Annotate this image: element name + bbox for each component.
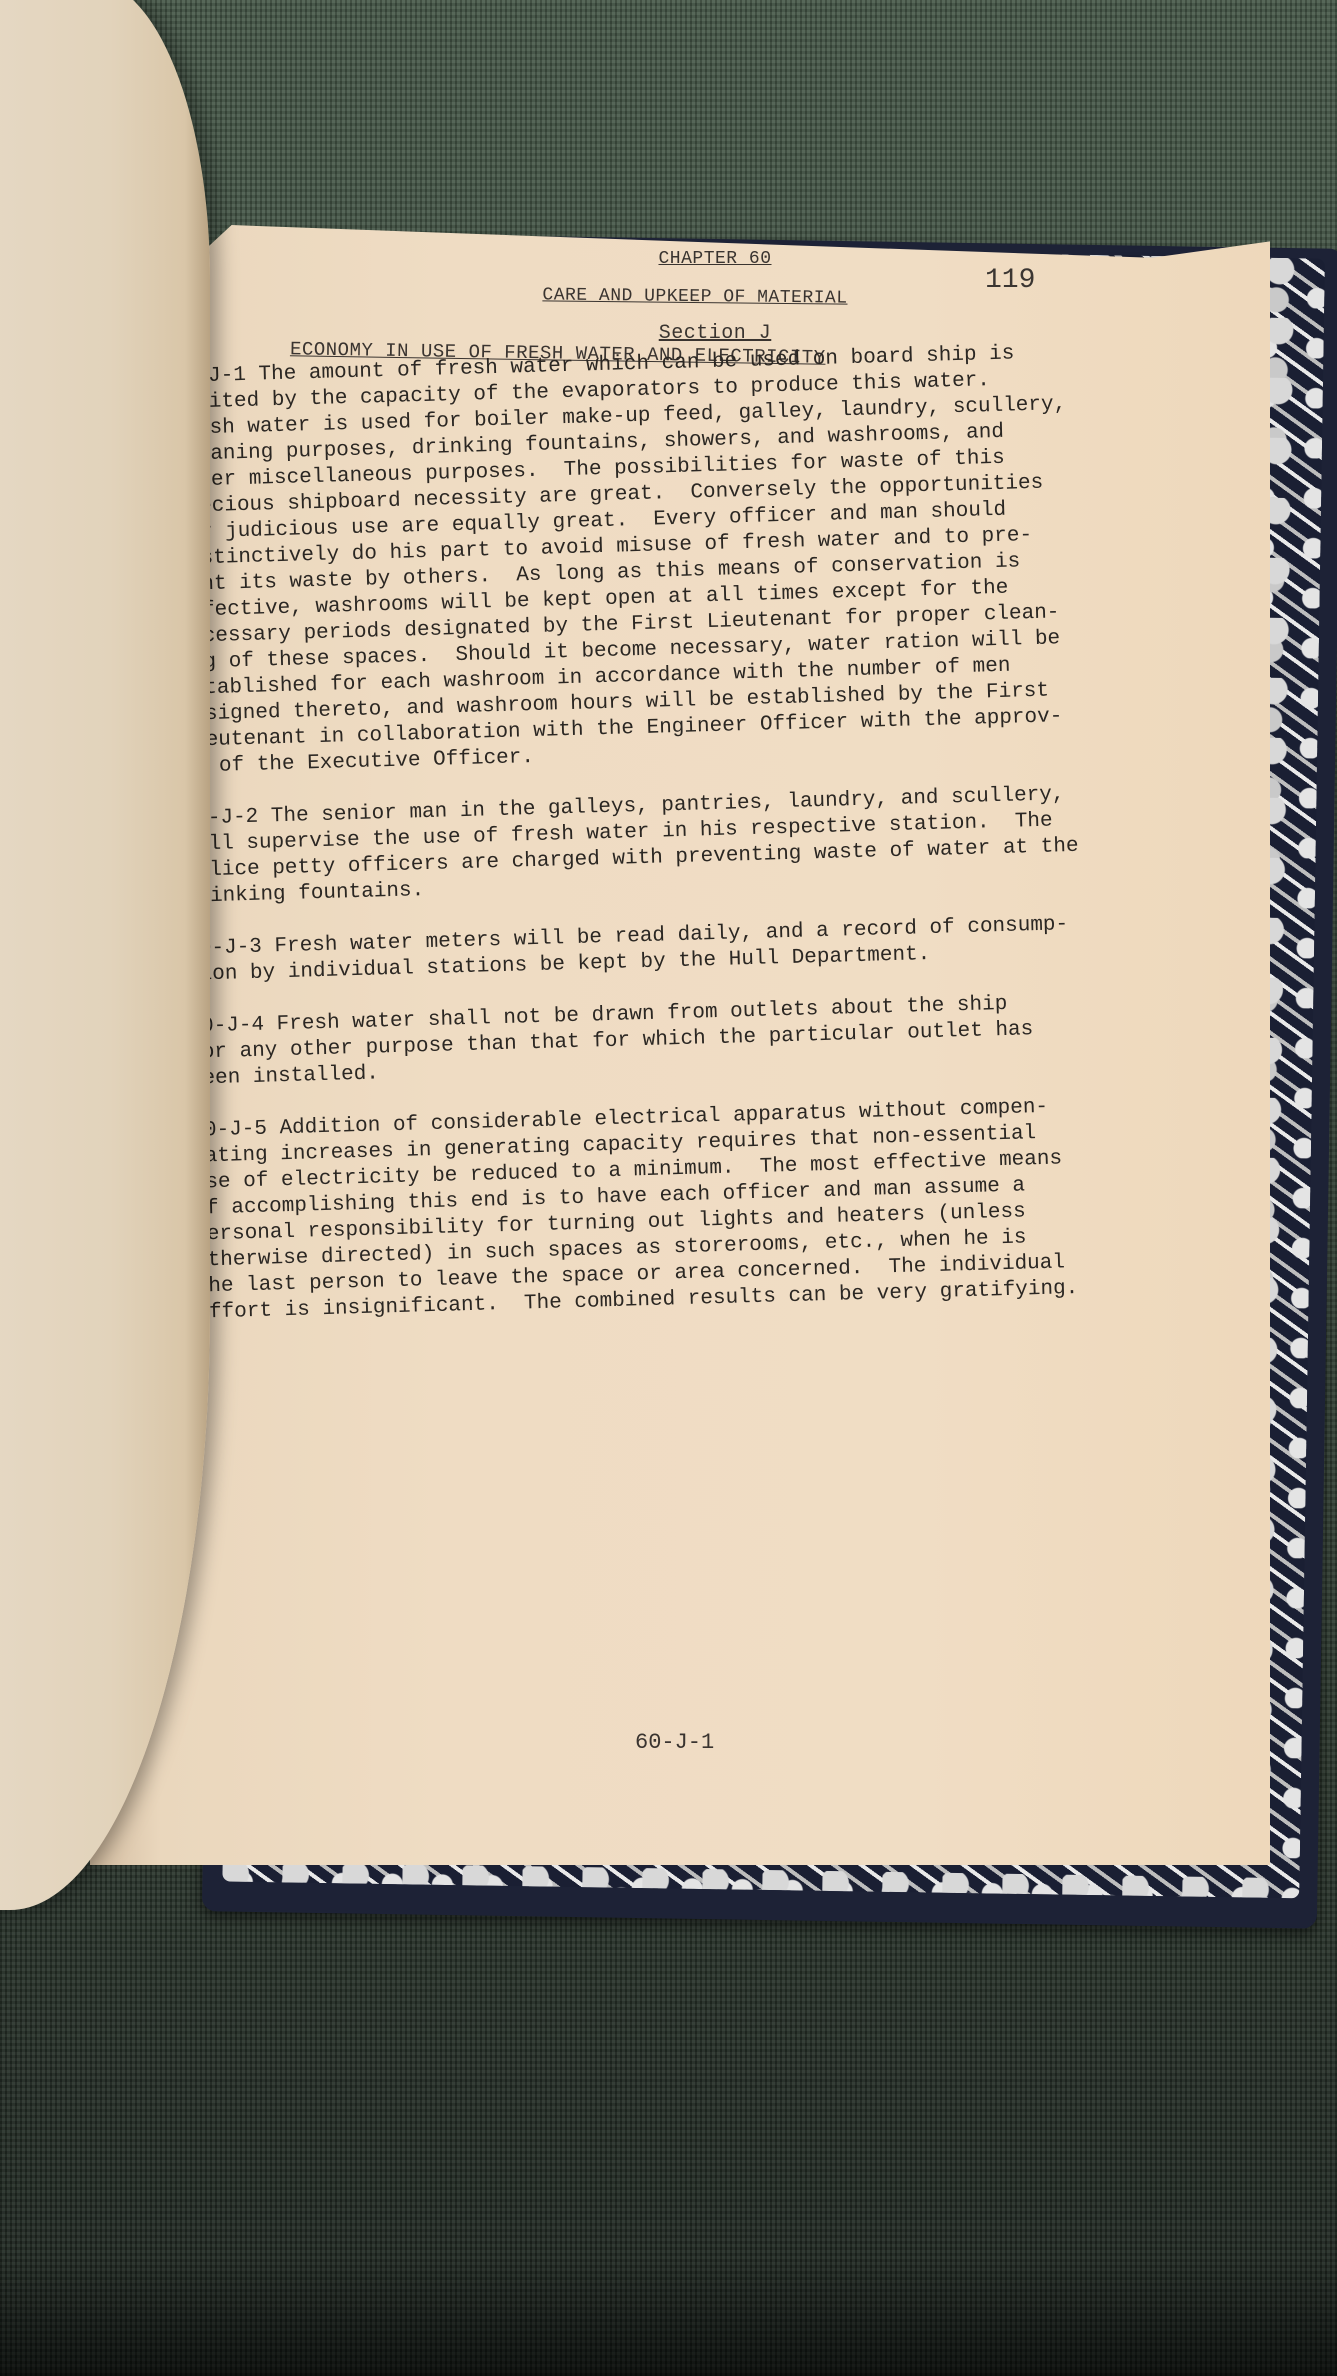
paragraph-60-j-4: 60-J-4 Fresh water shall not be drawn fr… <box>188 987 1190 1093</box>
footer-page-code: 60-J-1 <box>635 1730 714 1755</box>
paragraph-60-j-2: 60-J-2 The senior man in the galleys, pa… <box>182 779 1185 911</box>
paragraph-60-j-3: 60-J-3 Fresh water meters will be read d… <box>186 909 1187 989</box>
page-number: 119 <box>985 265 1035 296</box>
paragraph-60-j-1: 60-J-1 The amount of fresh water which c… <box>170 337 1181 781</box>
chapter-title: CARE AND UPKEEP OF MATERIAL <box>170 282 1220 313</box>
body-text: 60-J-1 The amount of fresh water which c… <box>170 337 1197 1353</box>
page-content: CHAPTER 60 CARE AND UPKEEP OF MATERIAL S… <box>170 225 1220 1865</box>
paragraph-60-j-5: 60-J-5 Addition of considerable electric… <box>191 1091 1196 1327</box>
book-page: CHAPTER 60 CARE AND UPKEEP OF MATERIAL S… <box>90 225 1270 1865</box>
left-facing-page <box>0 0 210 1910</box>
bottom-shadow <box>0 2256 1337 2376</box>
